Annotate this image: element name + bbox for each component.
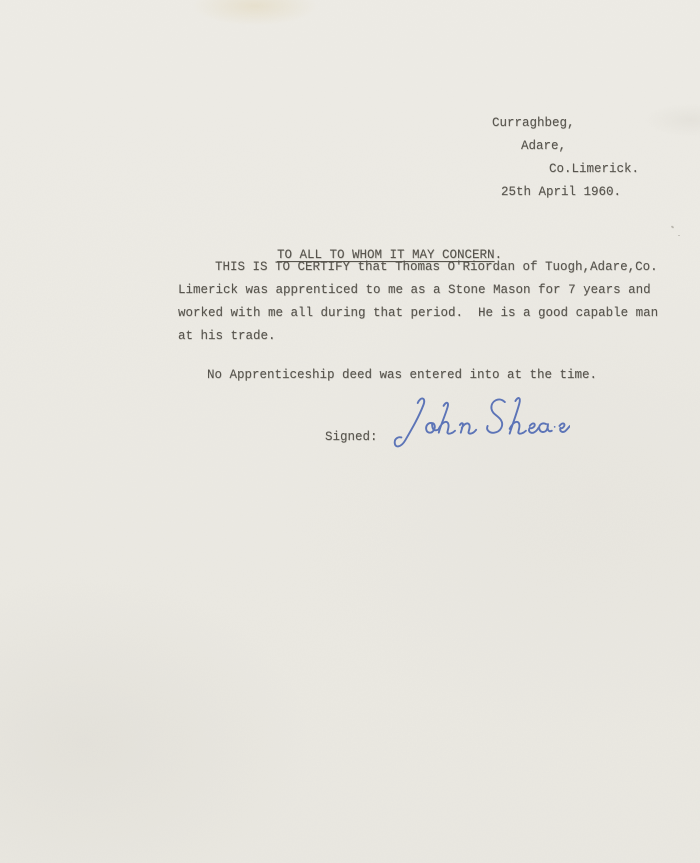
- scanned-letter-page: Curraghbeg, Adare, Co.Limerick. 25th Apr…: [0, 0, 700, 863]
- address-line-village: Adare,: [521, 135, 566, 158]
- handwritten-signature: [388, 393, 570, 457]
- address-line-town: Curraghbeg,: [492, 112, 575, 135]
- paper-speck: [671, 225, 675, 228]
- body-paragraph-certify: THIS IS TO CERTIFY that Thomas O'Riordan…: [178, 256, 658, 348]
- body-line: worked with me all during that period. H…: [178, 302, 658, 325]
- signed-label: Signed:: [325, 426, 378, 449]
- body-line: THIS IS TO CERTIFY that Thomas O'Riordan…: [178, 256, 658, 279]
- date-line: 25th April 1960.: [501, 181, 621, 204]
- body-line: at his trade.: [178, 325, 658, 348]
- paper-speck: [678, 235, 680, 236]
- body-paragraph-deed: No Apprenticeship deed was entered into …: [178, 364, 597, 387]
- address-line-county: Co.Limerick.: [549, 158, 639, 181]
- body-line: Limerick was apprenticed to me as a Ston…: [178, 279, 658, 302]
